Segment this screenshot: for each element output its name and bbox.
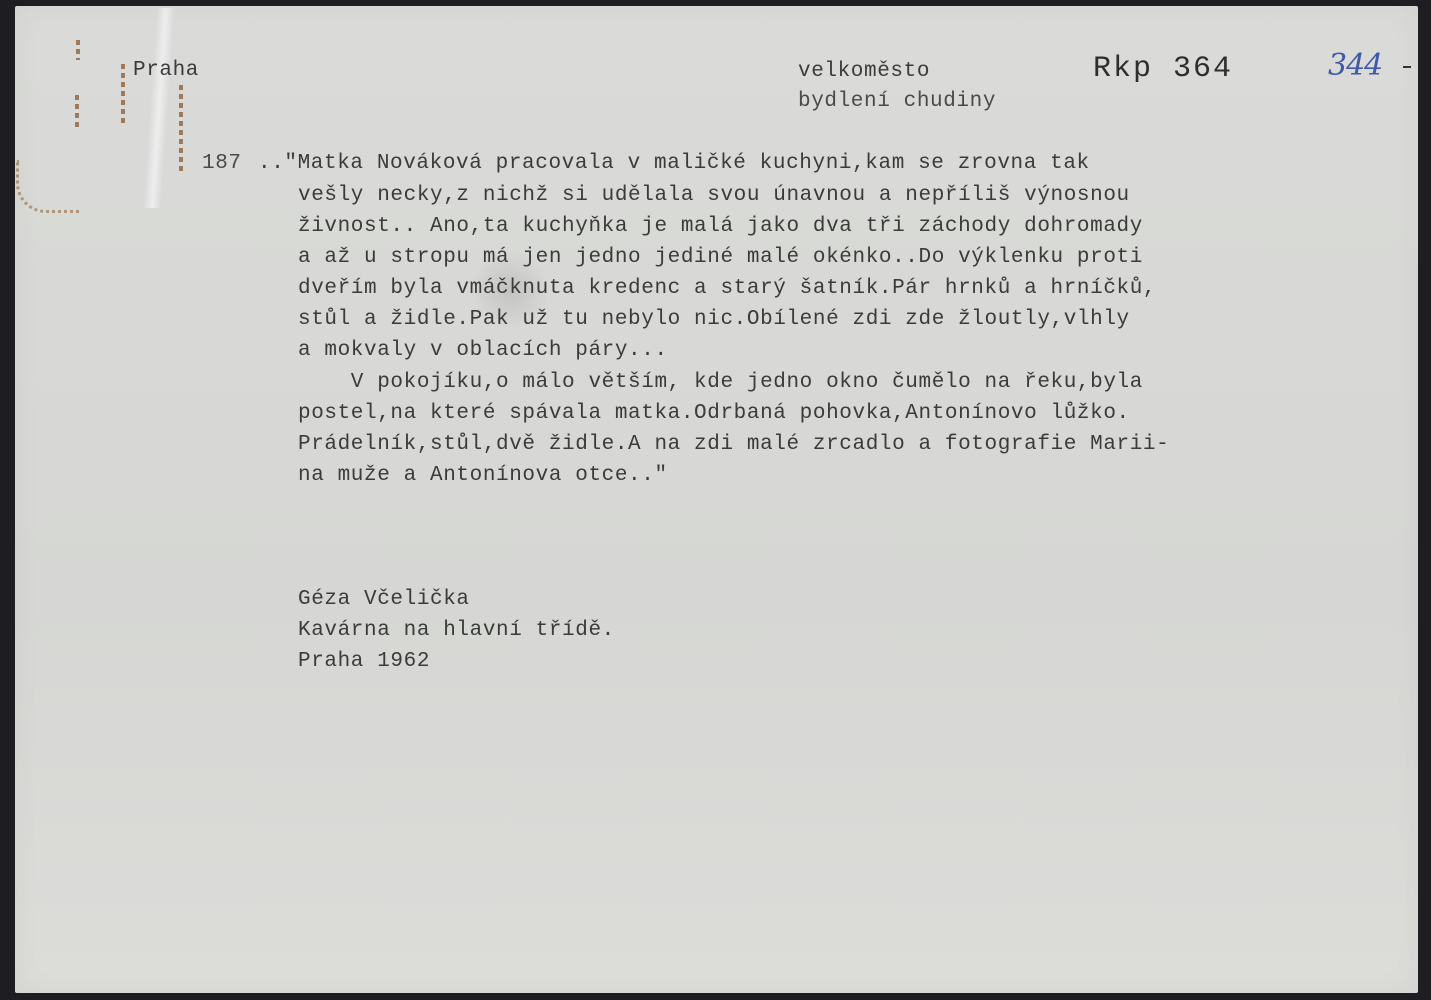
category-line-1: velkoměsto bbox=[798, 56, 930, 87]
entry-number: 187 bbox=[202, 148, 242, 179]
handwritten-dash bbox=[1403, 66, 1411, 68]
entry-line: vešly necky,z nichž si udělala svou únav… bbox=[298, 180, 1130, 211]
entry-line: stůl a židle.Pak už tu nebylo nic.Obílen… bbox=[298, 304, 1130, 335]
source-title: Kavárna na hlavní třídě. bbox=[298, 615, 615, 646]
source-place-year: Praha 1962 bbox=[298, 646, 430, 677]
entry-line: Prádelník,stůl,dvě židle.A na zdi malé z… bbox=[298, 429, 1169, 460]
rust-stain bbox=[121, 64, 125, 124]
place-label: Praha bbox=[133, 55, 199, 86]
entry-line: a až u stropu má jen jedno jediné malé o… bbox=[298, 242, 1143, 273]
handwritten-number: 344 bbox=[1328, 48, 1382, 83]
signature-number: Rkp 364 bbox=[1093, 52, 1233, 86]
rust-stain bbox=[179, 85, 183, 175]
category-line-2: bydlení chudiny bbox=[798, 86, 996, 117]
entry-line: a mokvaly v oblacích páry... bbox=[298, 335, 668, 366]
entry-line: dveřím byla vmáčknuta kredenc a starý ša… bbox=[298, 273, 1156, 304]
entry-line: na muže a Antonínova otce.." bbox=[298, 460, 668, 491]
entry-line: V pokojíku,o málo větším, kde jedno okno… bbox=[298, 367, 1143, 398]
entry-line: živnost.. Ano,ta kuchyňka je malá jako d… bbox=[298, 211, 1143, 242]
source-author: Géza Včelička bbox=[298, 584, 470, 615]
entry-line: postel,na které spávala matka.Odrbaná po… bbox=[298, 398, 1130, 429]
rust-stain bbox=[75, 95, 79, 130]
rust-stain bbox=[76, 40, 80, 60]
entry-line: .."Matka Nováková pracovala v maličké ku… bbox=[258, 148, 1090, 179]
rust-stain bbox=[16, 160, 79, 213]
